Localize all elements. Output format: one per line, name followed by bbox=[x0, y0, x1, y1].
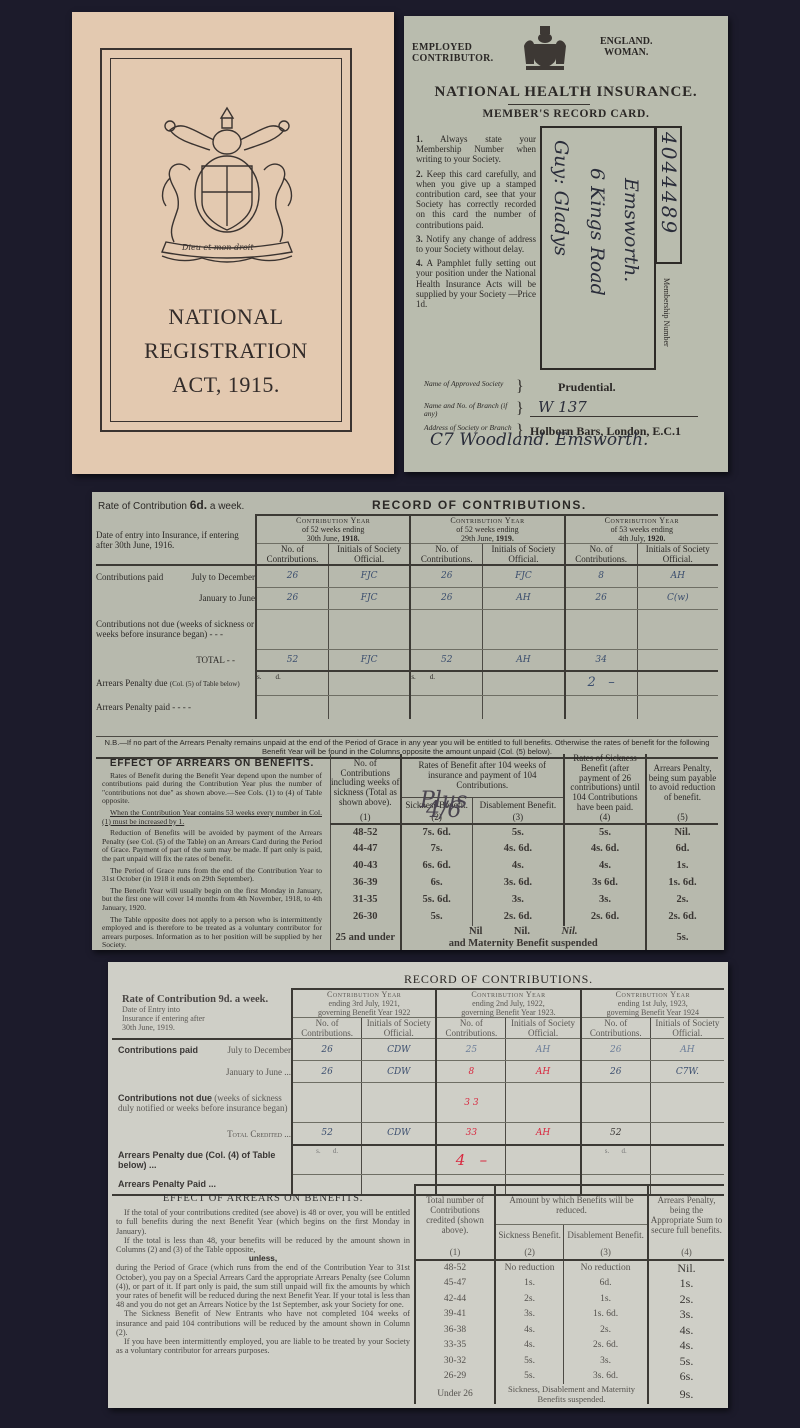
year-header-1920: Contribution Yearof 53 weeks ending4th J… bbox=[565, 515, 718, 544]
rate-of-contribution: Rate of Contribution 6d. a week. bbox=[98, 498, 244, 512]
national-registration-card: Dieu et mon droit NATIONAL REGISTRATION … bbox=[72, 12, 394, 474]
handwritten-annotation: Plus 4/6 bbox=[416, 796, 472, 816]
effect-of-arrears-text: EFFECT OF ARREARS ON BENEFITS. If the to… bbox=[116, 1190, 410, 1355]
table-row: 26-305s.2s. 6d.2s. 6d.2s. 6d. bbox=[331, 909, 719, 926]
table-row: 45-471s.6d.1s. bbox=[415, 1276, 724, 1292]
instructions-list: 1. Always state your Membership Number w… bbox=[416, 134, 536, 313]
member-name-address-box: Guy: Gladys 6 Kings Road Emsworth. bbox=[540, 126, 656, 370]
nhi-subtitle: MEMBER'S RECORD CARD. bbox=[404, 108, 728, 120]
table-row: 26-295s.3s. 6d.6s. bbox=[415, 1369, 724, 1385]
contributions-table: Rate of Contribution 9d. a week. Date of… bbox=[112, 988, 724, 1196]
branch-number: W 137 bbox=[538, 398, 587, 416]
row-total: TOTAL - - 52 FJC 52 AH 34 bbox=[96, 649, 718, 671]
record-title: RECORD OF CONTRIBUTIONS. bbox=[404, 972, 593, 987]
table-row: 33-354s.2s. 6d.4s. bbox=[415, 1338, 724, 1354]
row-july-december: Contributions paid July to December 26 C… bbox=[112, 1039, 724, 1061]
row-not-due: Contributions not due (weeks of sickness… bbox=[112, 1083, 724, 1123]
membership-number: 4044489 bbox=[657, 132, 681, 235]
table-row: 40-436s. 6d.4s.4s.1s. bbox=[331, 858, 719, 875]
royal-coat-of-arms-icon: Dieu et mon droit bbox=[152, 100, 302, 270]
handwritten-address-town: Emsworth. bbox=[620, 178, 642, 282]
crest-icon bbox=[522, 24, 568, 72]
record-of-contributions-card-1918: Rate of Contribution 6d. a week. RECORD … bbox=[92, 492, 724, 950]
row-arrears-paid: Arrears Penalty paid - - - - bbox=[96, 695, 718, 719]
table-row: 48-527s. 6d.5s.5s.Nil. bbox=[331, 824, 719, 841]
table-row: 42-442s.1s.2s. bbox=[415, 1291, 724, 1307]
row-arrears-due: Arrears Penalty due (Col. (4) of Table b… bbox=[112, 1145, 724, 1175]
registration-title: NATIONAL REGISTRATION ACT, 1915. bbox=[102, 300, 350, 402]
record-of-contributions-card-1921: RECORD OF CONTRIBUTIONS. Rate of Contrib… bbox=[108, 962, 728, 1408]
membership-number-box: 4044489 bbox=[656, 126, 682, 264]
year-header-1921: Contribution Yearending 3rd July, 1921,g… bbox=[292, 989, 436, 1018]
branch-row: Name and No. of Branch (if any)} W 137 bbox=[418, 402, 718, 424]
table-row-last: 25 and under Nil Nil. Nil. and Maternity… bbox=[331, 926, 719, 950]
table-row: 30-325s.3s.5s. bbox=[415, 1353, 724, 1369]
instruction-item: 3. Notify any change of address to your … bbox=[416, 234, 536, 254]
row-not-due: Contributions not due (weeks of sickness… bbox=[96, 609, 718, 649]
instruction-item: 4. A Pamphlet fully setting out your pos… bbox=[416, 258, 536, 309]
row-total: Total Credited ... 52 CDW 33 AH 52 bbox=[112, 1123, 724, 1145]
instruction-item: 2. Keep this card carefully, and when yo… bbox=[416, 169, 536, 230]
row-arrears-due: Arrears Penalty due (Col. (5) of Table b… bbox=[96, 671, 718, 695]
instruction-item: 1. Always state your Membership Number w… bbox=[416, 134, 536, 165]
record-title: RECORD OF CONTRIBUTIONS. bbox=[372, 498, 587, 512]
year-header-1918: Contribution Yearof 52 weeks ending30th … bbox=[256, 515, 410, 544]
double-border-frame: Dieu et mon droit NATIONAL REGISTRATION … bbox=[100, 48, 352, 432]
nhi-title: NATIONAL HEALTH INSURANCE. bbox=[404, 84, 728, 101]
divider bbox=[508, 104, 590, 105]
table-row: 36-384s.2s.4s. bbox=[415, 1322, 724, 1338]
contributions-table: Date of entry into Insurance, if enterin… bbox=[96, 514, 718, 719]
employed-contributor-label: EMPLOYEDCONTRIBUTOR. bbox=[412, 42, 494, 64]
row-january-june: January to June ... 26 CDW 8 AH 26 C7W. bbox=[112, 1061, 724, 1083]
membership-number-label: Membership Number bbox=[662, 278, 671, 347]
table-row: 31-355s. 6d.3s.3s.2s. bbox=[331, 892, 719, 909]
handwritten-name: Guy: Gladys bbox=[550, 140, 572, 256]
table-row: 48-52No reductionNo reductionNil. bbox=[415, 1260, 724, 1276]
year-header-1919: Contribution Yearof 52 weeks ending29th … bbox=[410, 515, 564, 544]
year-header-1923: Contribution Yearending 1st July, 1923,g… bbox=[581, 989, 724, 1018]
svg-text:Dieu et mon droit: Dieu et mon droit bbox=[181, 243, 254, 252]
nhi-member-record-card: EMPLOYEDCONTRIBUTOR. ENGLAND.WOMAN. NATI… bbox=[404, 16, 728, 472]
benefit-reduction-table: Total number of Contributions credited (… bbox=[414, 1184, 724, 1404]
table-row: 44-477s.4s. 6d.4s. 6d.6d. bbox=[331, 841, 719, 858]
benefit-rates-table: No. of Contributions including weeks of … bbox=[330, 754, 718, 950]
handwritten-footer-address: C7 Woodland. Emsworth. bbox=[430, 430, 648, 450]
society-name: Prudential. bbox=[558, 380, 616, 395]
row-july-december: Contributions paid July to December 26 F… bbox=[96, 565, 718, 587]
row-january-june: January to June 26 FJC 26 AH 26 C(w) bbox=[96, 587, 718, 609]
year-header-1922: Contribution Yearending 2nd July, 1922,g… bbox=[436, 989, 580, 1018]
rate-of-contribution: Rate of Contribution 9d. a week. bbox=[122, 995, 291, 1005]
table-row: 39-413s.1s. 6d.3s. bbox=[415, 1307, 724, 1323]
england-woman-label: ENGLAND.WOMAN. bbox=[600, 36, 653, 58]
effect-of-arrears-text: EFFECT OF ARREARS ON BENEFITS. Rates of … bbox=[96, 758, 328, 953]
table-row-last: Under 26 Sickness, Disablement and Mater… bbox=[415, 1384, 724, 1404]
table-row: 36-396s.3s. 6d.3s 6d.1s. 6d. bbox=[331, 875, 719, 892]
handwritten-address-street: 6 Kings Road bbox=[586, 168, 608, 296]
